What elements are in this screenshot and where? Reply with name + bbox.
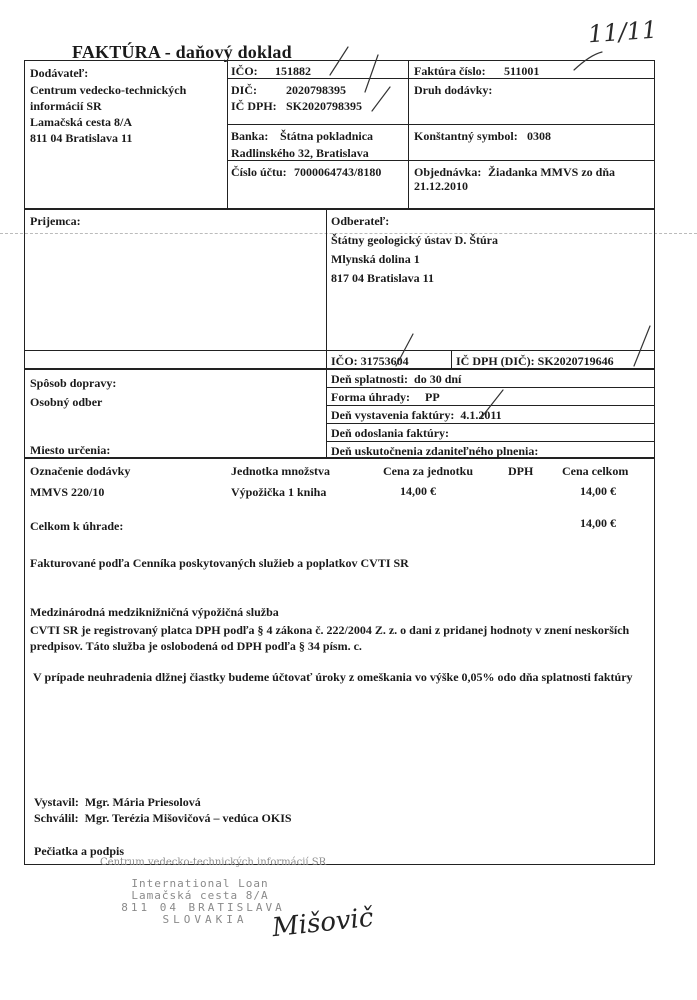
check-mark-icon [634,326,650,366]
check-mark-icon [481,390,503,418]
check-mark-icon [330,47,348,75]
check-mark-icon [396,334,413,366]
handwritten-check-marks [0,0,697,1000]
check-mark-icon [372,87,390,111]
check-mark-icon [574,52,602,70]
check-mark-icon [365,55,378,92]
